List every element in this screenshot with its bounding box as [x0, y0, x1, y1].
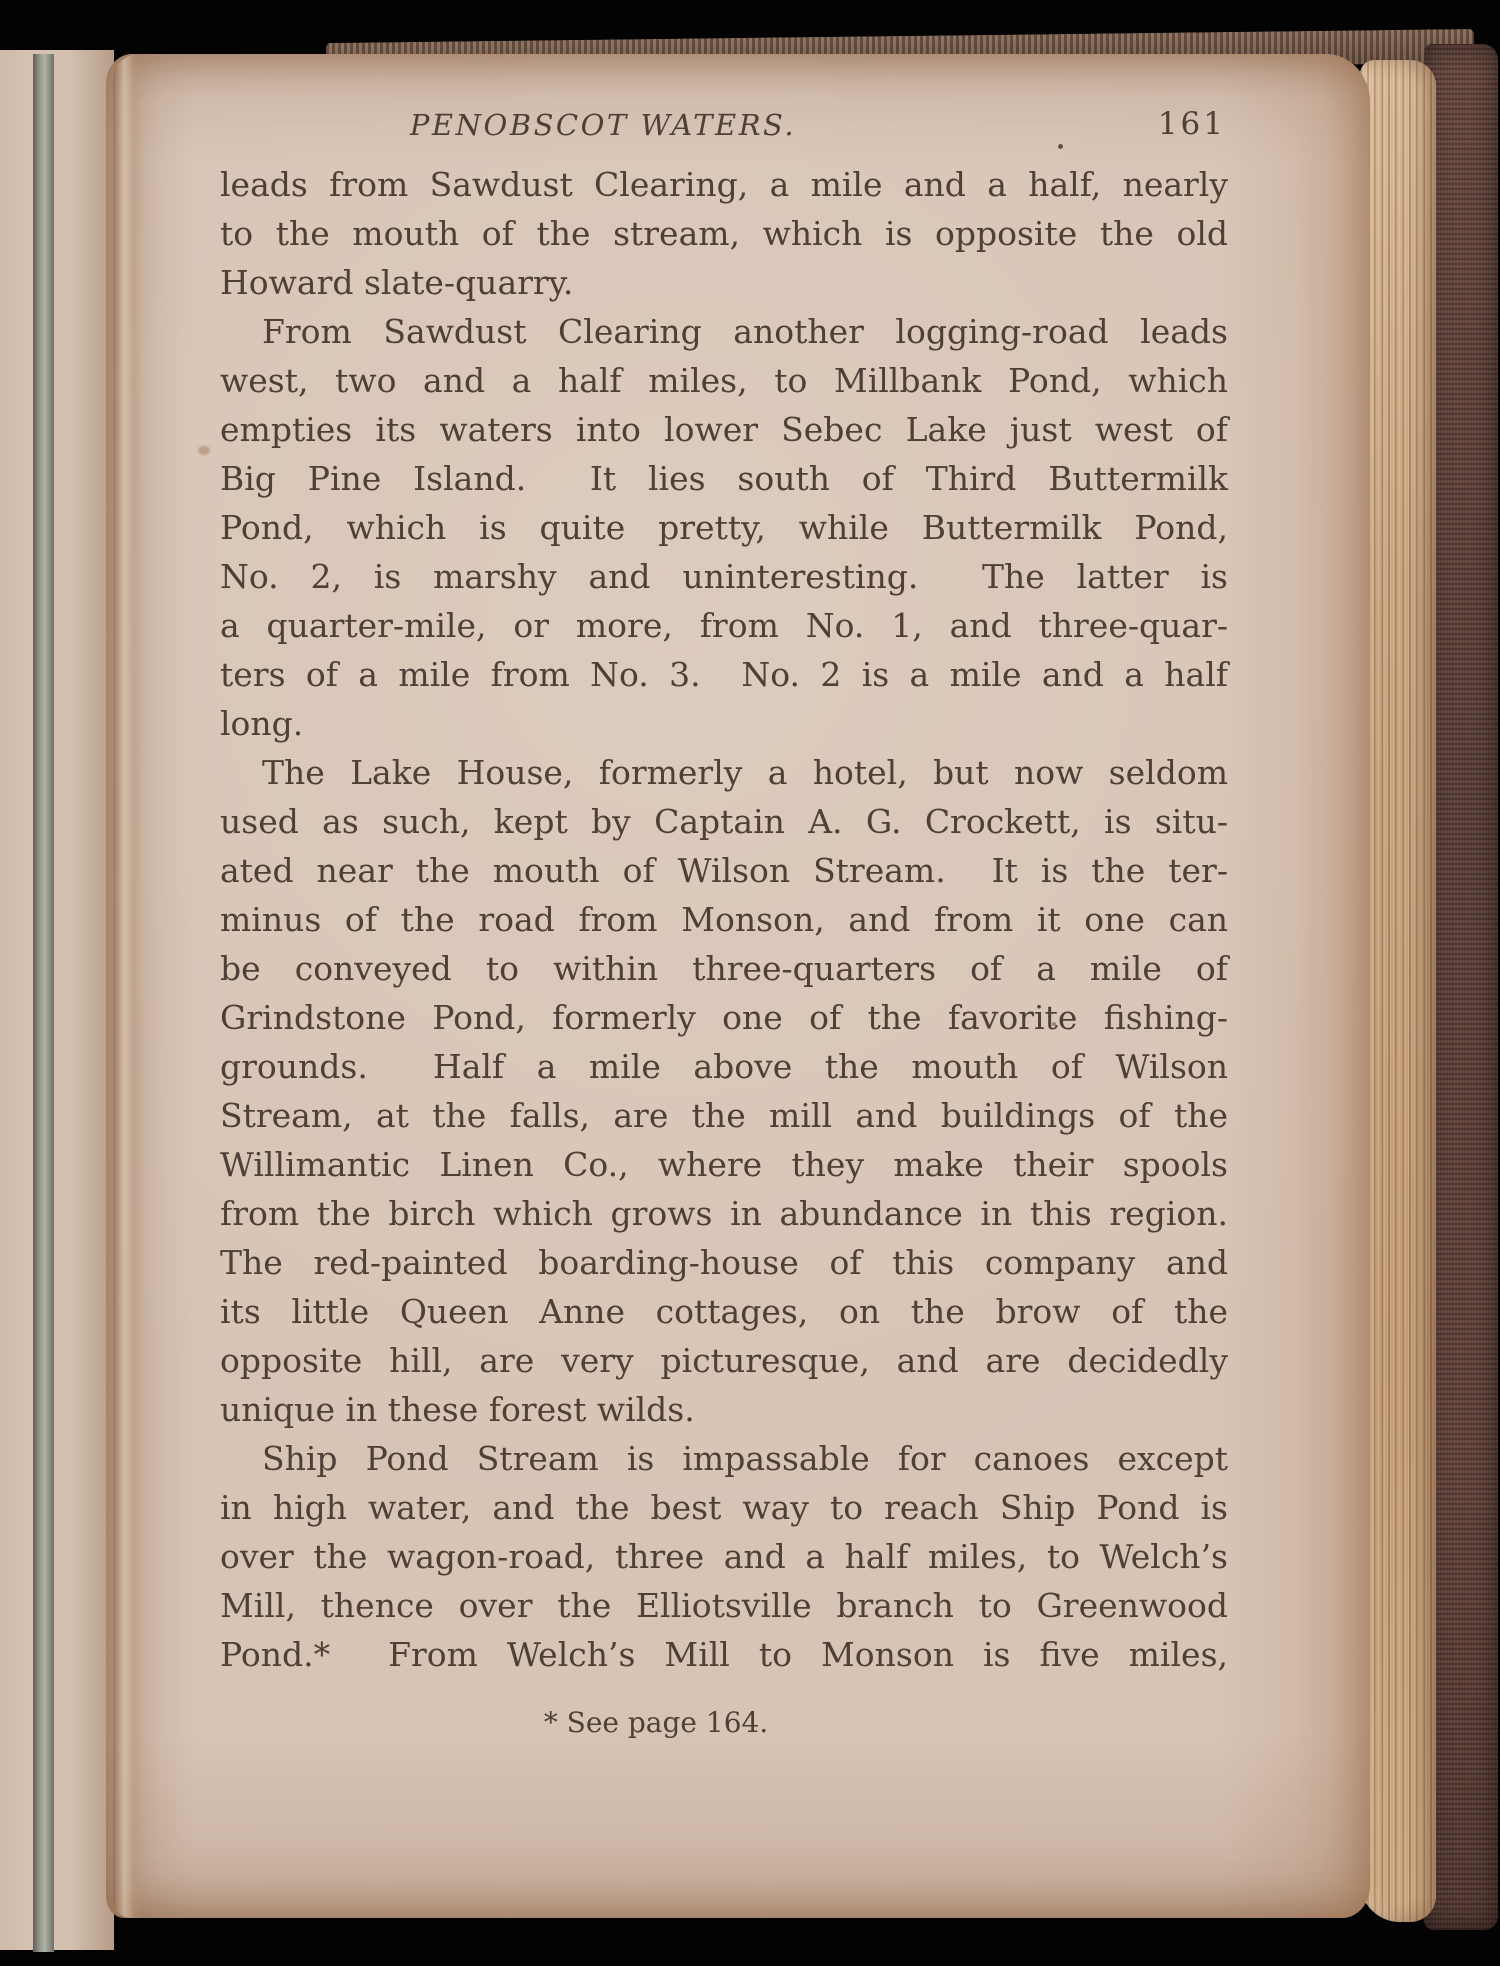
text-line: minus of the road from Monson, and from … [220, 895, 1228, 944]
text-line: a quarter-mile, or more, from No. 1, and… [220, 601, 1228, 650]
text-line: Ship Pond Stream is impassable for canoe… [220, 1434, 1228, 1483]
text-line: in high water, and the best way to reach… [220, 1483, 1228, 1532]
text-line: Mill, thence over the Elliotsville branc… [220, 1581, 1228, 1630]
text-line: long. [220, 699, 1228, 748]
footnote: * See page 164. [544, 1706, 768, 1739]
text-column: PENOBSCOT WATERS. 161 leads from Sawdust… [220, 54, 1228, 1918]
text-line: west, two and a half miles, to Millbank … [220, 356, 1228, 405]
text-line: unique in these forest wilds. [220, 1385, 1228, 1434]
text-line: its little Queen Anne cottages, on the b… [220, 1287, 1228, 1336]
body-text: leads from Sawdust Clearing, a mile and … [220, 160, 1228, 1679]
book-scan: PENOBSCOT WATERS. 161 leads from Sawdust… [0, 0, 1500, 1966]
running-header: PENOBSCOT WATERS. 161 [220, 108, 1228, 152]
text-line: over the wagon-road, three and a half mi… [220, 1532, 1228, 1581]
text-line: ated near the mouth of Wilson Stream. It… [220, 846, 1228, 895]
text-line: Willimantic Linen Co., where they make t… [220, 1140, 1228, 1189]
text-line: Pond.* From Welch’s Mill to Monson is fi… [220, 1630, 1228, 1679]
paper-stain [198, 446, 210, 455]
text-line: From Sawdust Clearing another logging-ro… [220, 307, 1228, 356]
text-line: No. 2, is marshy and uninteresting. The … [220, 552, 1228, 601]
text-line: used as such, kept by Captain A. G. Croc… [220, 797, 1228, 846]
facing-page-sliver [0, 50, 114, 1950]
text-line: Stream, at the falls, are the mill and b… [220, 1091, 1228, 1140]
text-line: empties its waters into lower Sebec Lake… [220, 405, 1228, 454]
text-line: Pond, which is quite pretty, while Butte… [220, 503, 1228, 552]
running-header-title: PENOBSCOT WATERS. [410, 108, 796, 142]
text-line: ters of a mile from No. 3. No. 2 is a mi… [220, 650, 1228, 699]
page-edge-strip [33, 54, 54, 1952]
text-line: from the birch which grows in abundance … [220, 1189, 1228, 1238]
page-stack-fore-edge [1360, 60, 1436, 1922]
text-line: grounds. Half a mile above the mouth of … [220, 1042, 1228, 1091]
text-line: The red-painted boarding-house of this c… [220, 1238, 1228, 1287]
text-line: The Lake House, formerly a hotel, but no… [220, 748, 1228, 797]
text-line: leads from Sawdust Clearing, a mile and … [220, 160, 1228, 209]
text-line: Big Pine Island. It lies south of Third … [220, 454, 1228, 503]
text-line: opposite hill, are very picturesque, and… [220, 1336, 1228, 1385]
text-line: Grindstone Pond, formerly one of the fav… [220, 993, 1228, 1042]
text-line: to the mouth of the stream, which is opp… [220, 209, 1228, 258]
page-number: 161 [1158, 106, 1226, 142]
text-line: be conveyed to within three-quarters of … [220, 944, 1228, 993]
book-page: PENOBSCOT WATERS. 161 leads from Sawdust… [106, 54, 1370, 1918]
text-line: Howard slate-quarry. [220, 258, 1228, 307]
